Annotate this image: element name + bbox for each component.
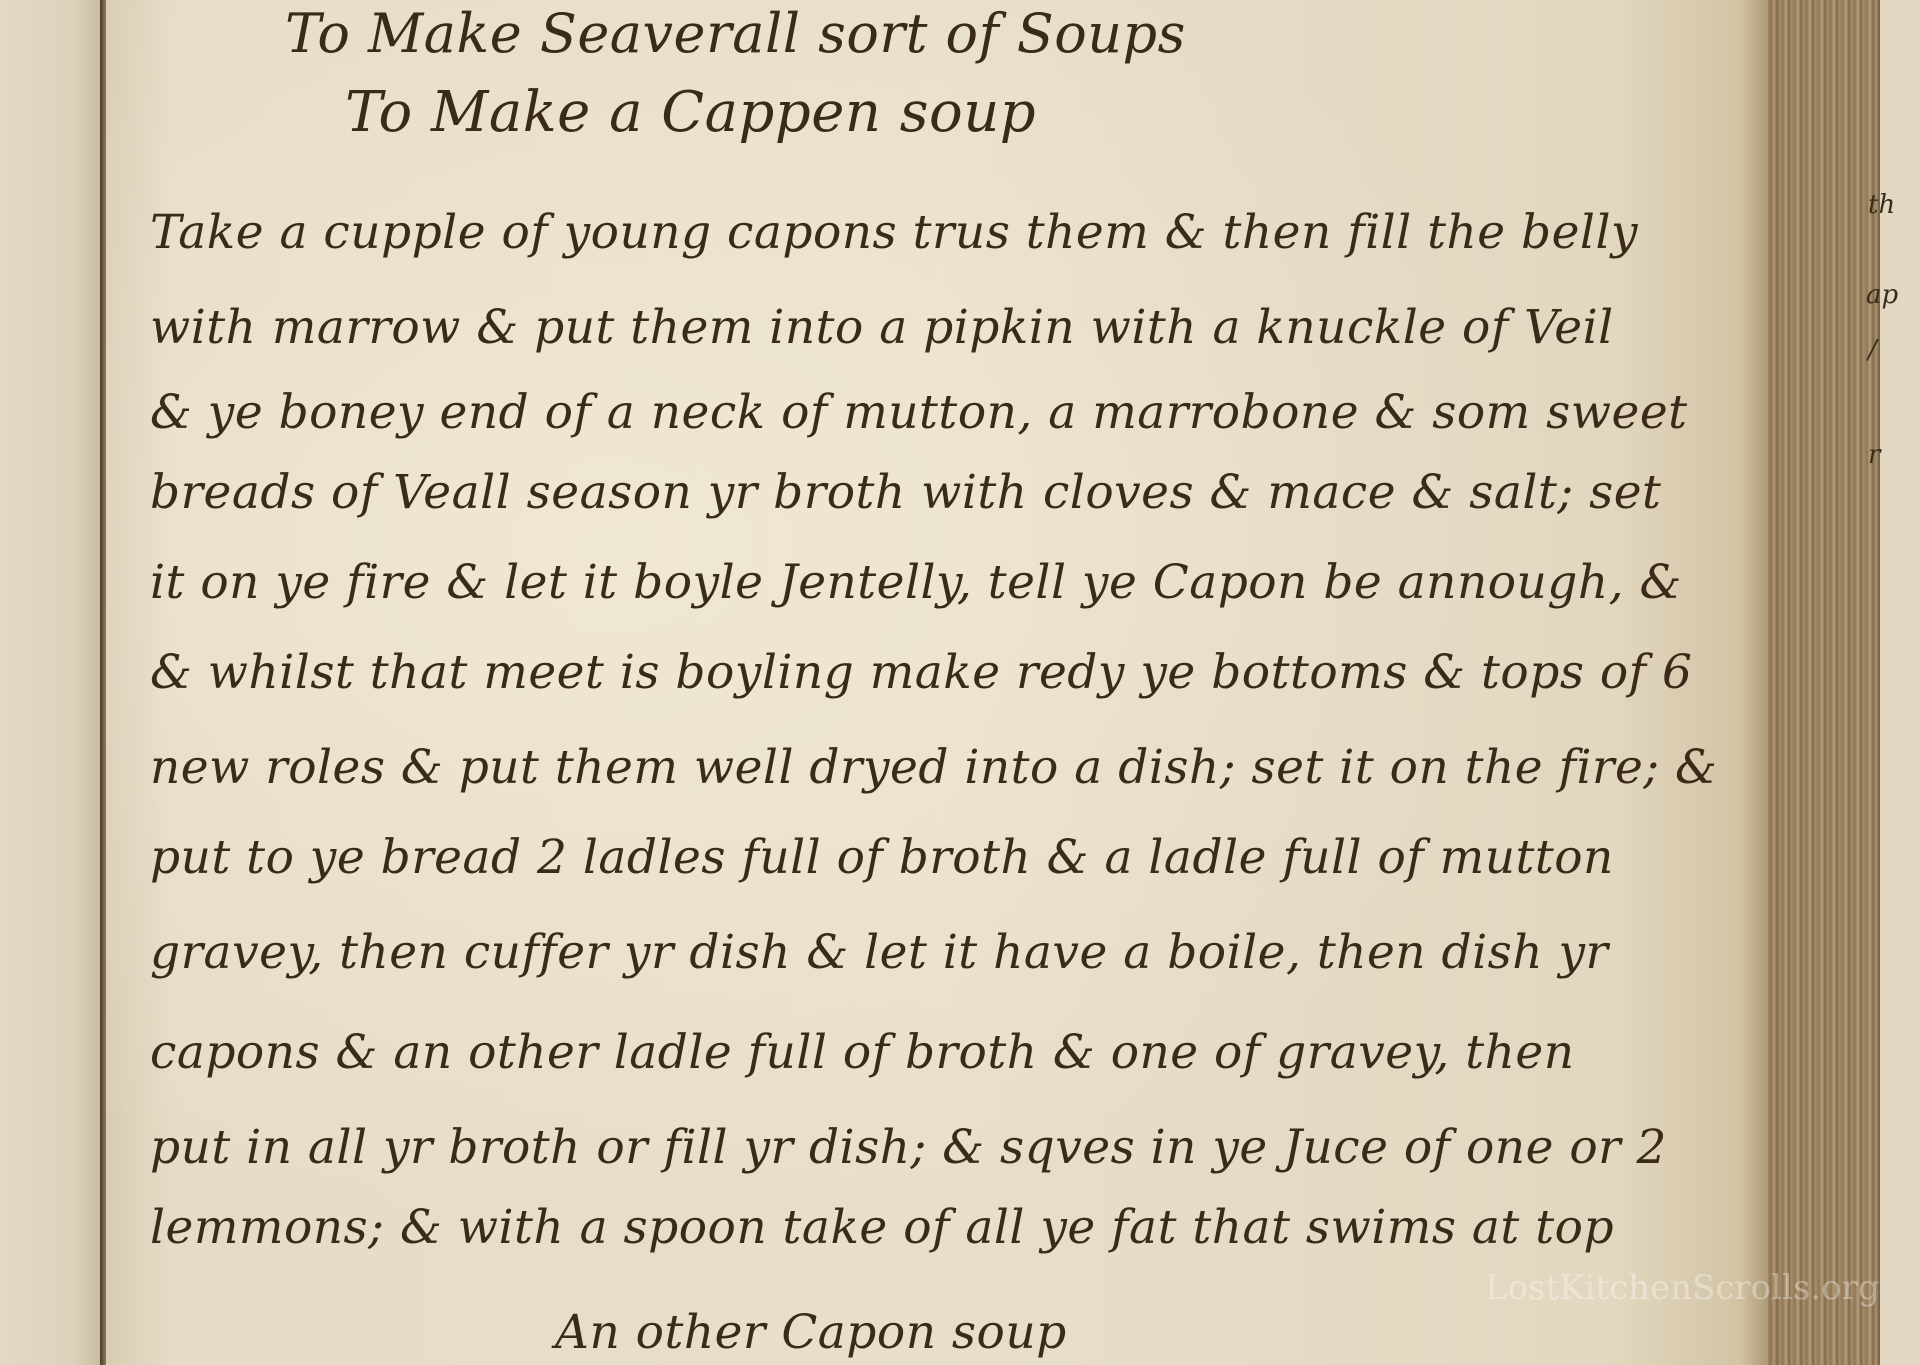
text-line: with marrow & put them into a pipkin wit…: [150, 300, 1614, 355]
margin-note: r: [1868, 440, 1880, 470]
next-recipe-heading: An other Capon soup: [555, 1305, 1067, 1360]
text-line: capons & an other ladle full of broth & …: [150, 1025, 1575, 1080]
recipe-title: To Make a Cappen soup: [345, 80, 1036, 145]
margin-note: ap: [1866, 280, 1898, 310]
text-line: put to ye bread 2 ladles full of broth &…: [150, 830, 1614, 885]
text-line: put in all yr broth or fill yr dish; & s…: [150, 1120, 1667, 1175]
watermark: LostKitchenScrolls.org: [1485, 1268, 1880, 1308]
text-line: & ye boney end of a neck of mutton, a ma…: [150, 385, 1688, 440]
text-line: breads of Veall season yr broth with clo…: [150, 465, 1661, 520]
text-line: it on ye fire & let it boyle Jentelly, t…: [150, 555, 1682, 610]
margin-note: /: [1868, 335, 1877, 365]
text-line: & whilst that meet is boyling make redy …: [150, 645, 1692, 700]
margin-note: th: [1868, 190, 1895, 220]
page-heading: To Make Seaverall sort of Soups: [285, 2, 1186, 65]
text-line: gravey, then cuffer yr dish & let it hav…: [150, 925, 1608, 980]
text-line: new roles & put them well dryed into a d…: [150, 740, 1717, 795]
text-line: lemmons; & with a spoon take of all ye f…: [150, 1200, 1614, 1255]
text-line: Take a cupple of young capons trus them …: [150, 205, 1638, 260]
book-page-edges: [1768, 0, 1878, 1365]
left-facing-page: [0, 0, 104, 1365]
